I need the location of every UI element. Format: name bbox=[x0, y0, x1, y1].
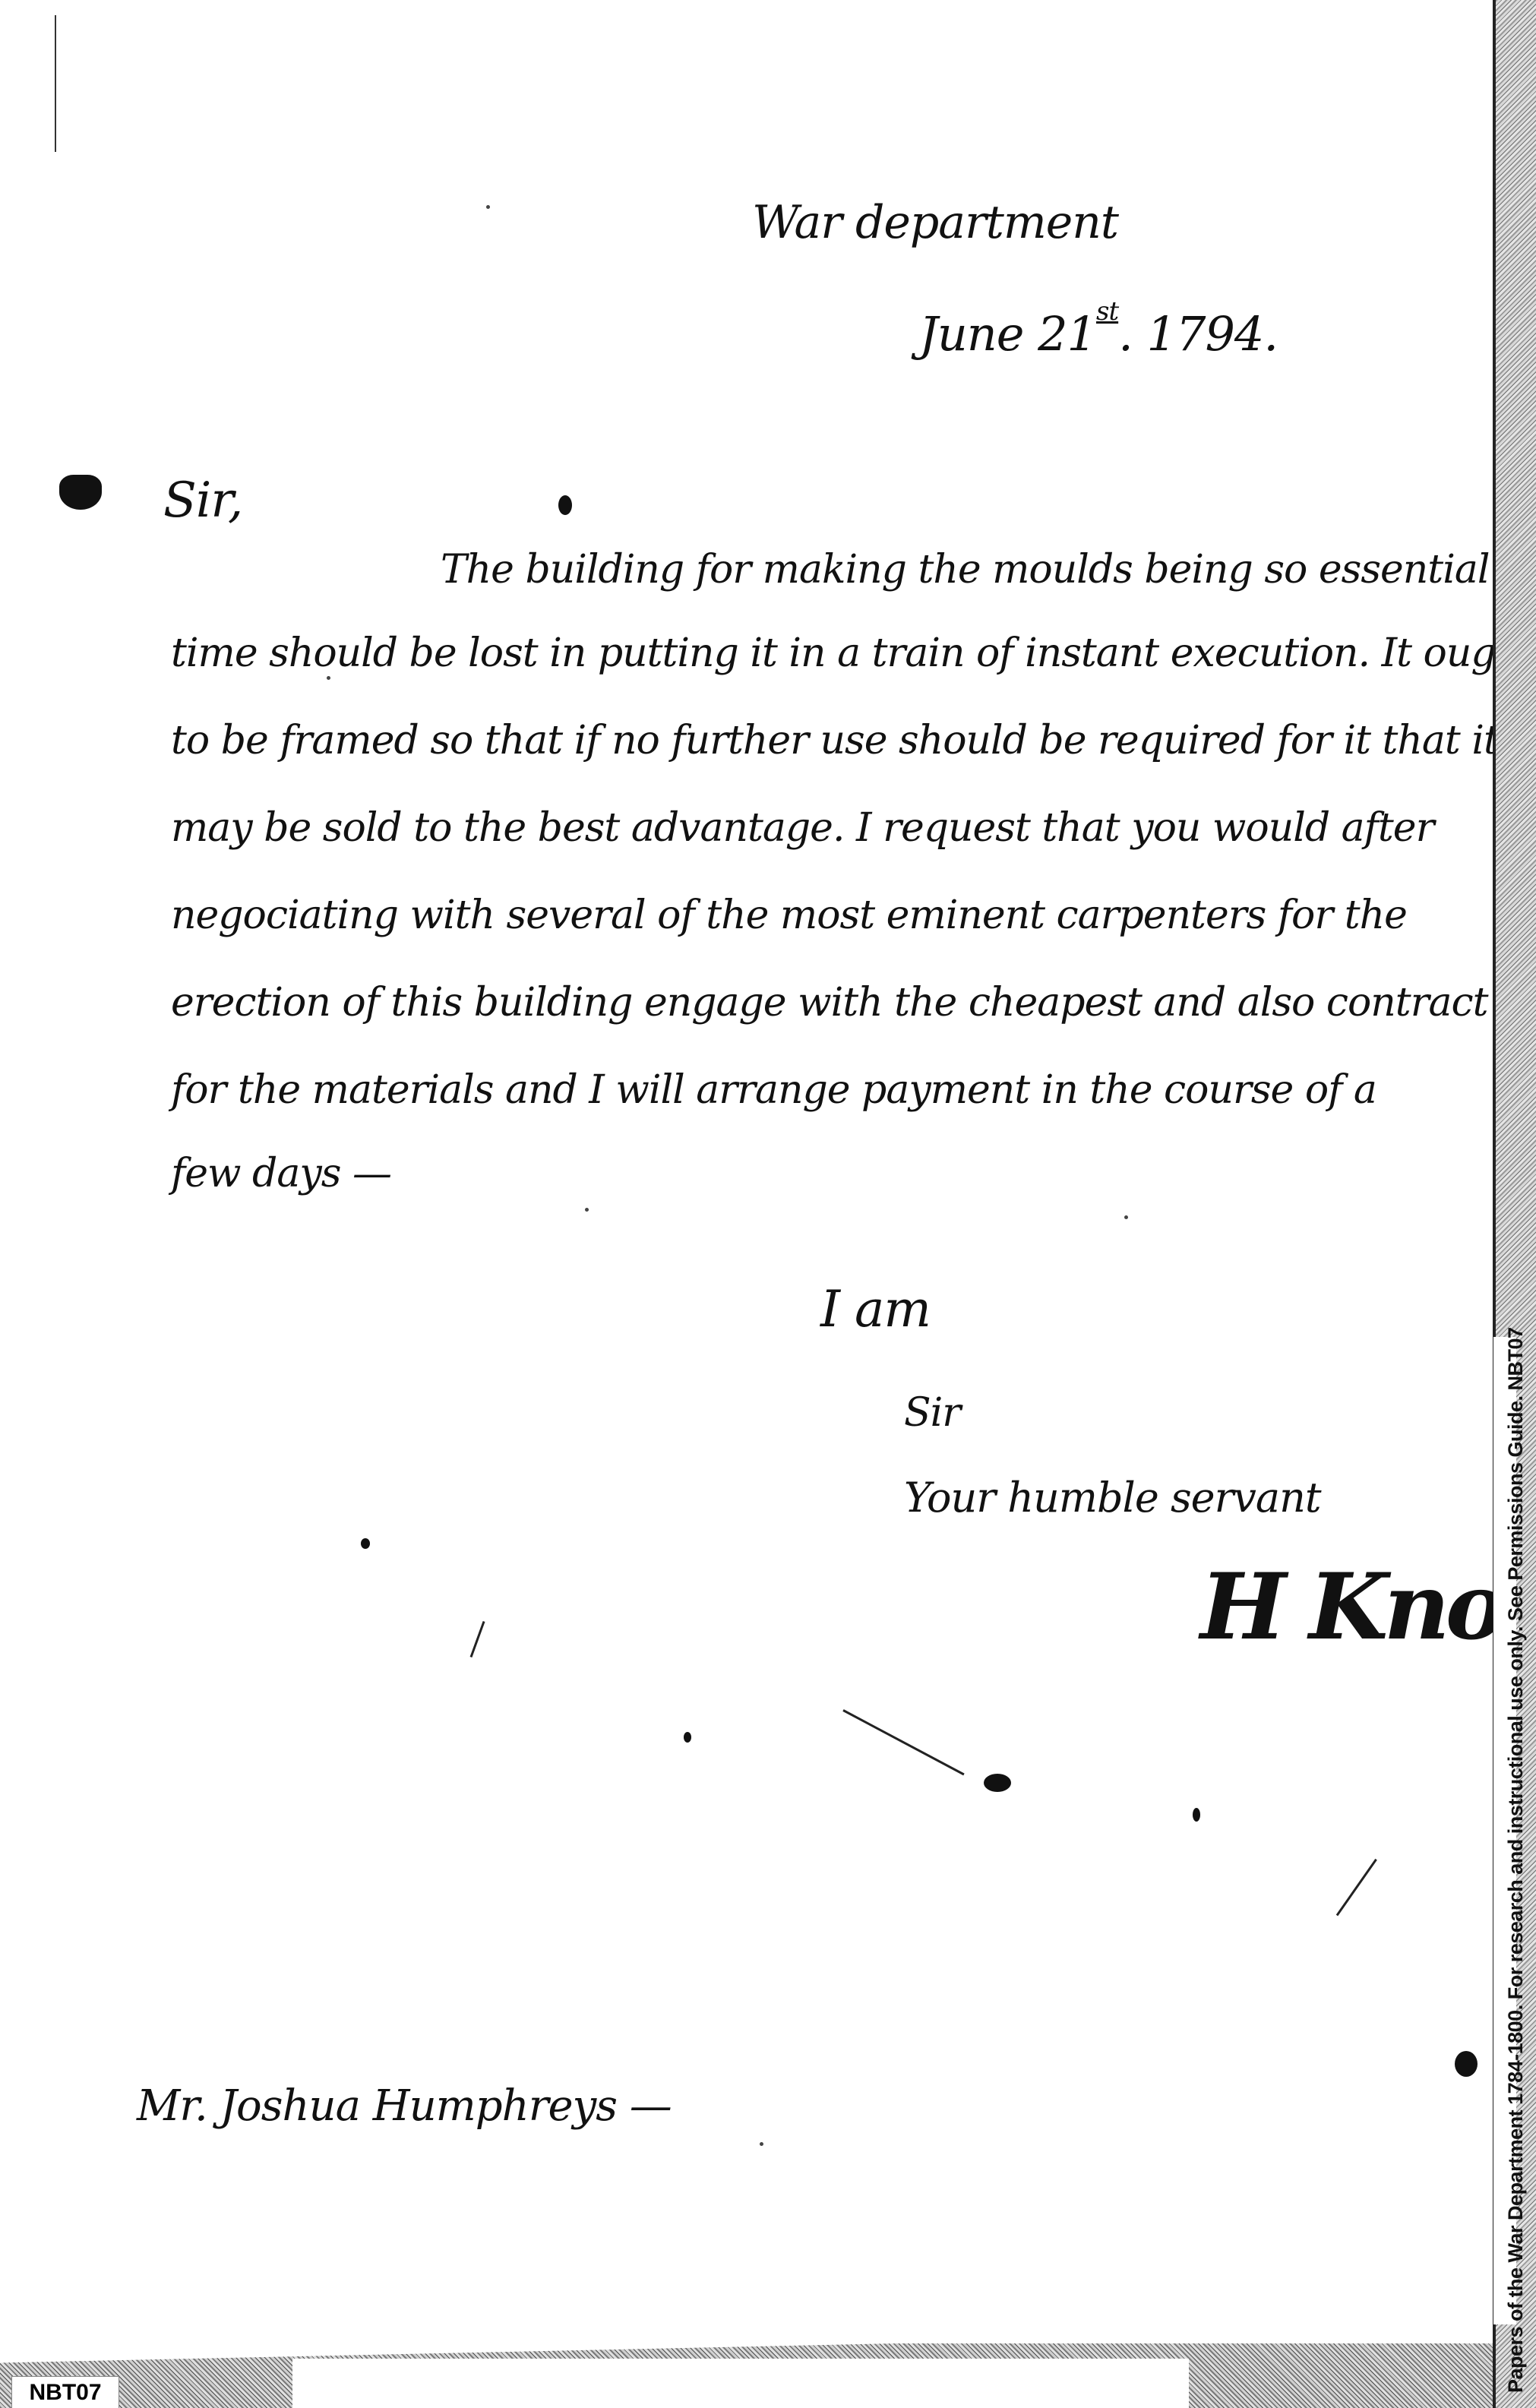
body-line: The building for making the moulds being… bbox=[441, 547, 1536, 593]
heading-date: June 21st. 1794. bbox=[919, 296, 1278, 362]
closing-servant: Your humble servant bbox=[904, 1474, 1321, 1522]
paper-speck bbox=[486, 205, 490, 209]
paper-speck bbox=[585, 1208, 589, 1212]
ink-blot bbox=[684, 1732, 691, 1743]
paper-speck bbox=[327, 676, 330, 680]
addressee: Mr. Joshua Humphreys — bbox=[137, 2081, 672, 2131]
scan-bottom-blank bbox=[292, 2359, 1189, 2408]
ink-blot bbox=[1193, 1808, 1200, 1822]
date-ordinal: st bbox=[1096, 296, 1118, 327]
salutation: Sir, bbox=[163, 472, 242, 529]
body-line: for the materials and I will arrange pay… bbox=[171, 1067, 1376, 1113]
heading-department: War department bbox=[752, 196, 1118, 249]
stray-ink-stroke bbox=[470, 1621, 485, 1657]
date-year: . 1794. bbox=[1118, 306, 1278, 362]
page-edge-mark bbox=[55, 15, 56, 152]
signature: H Knox bbox=[1200, 1553, 1536, 1661]
ink-blot bbox=[558, 495, 572, 515]
stray-ink-stroke bbox=[1336, 1859, 1377, 1916]
paper-speck bbox=[760, 2142, 763, 2146]
body-line: few days — bbox=[171, 1151, 391, 1196]
body-line: may be sold to the best advantage. I req… bbox=[171, 805, 1433, 851]
letter-page: War department June 21st. 1794. Sir, The… bbox=[0, 0, 1493, 2408]
ink-blot bbox=[361, 1538, 370, 1549]
ink-blot bbox=[59, 475, 102, 510]
ink-blot bbox=[984, 1774, 1011, 1792]
body-line: negociating with several of the most emi… bbox=[171, 893, 1407, 938]
paper-speck bbox=[1124, 1215, 1128, 1219]
body-line: to be framed so that if no further use s… bbox=[171, 718, 1519, 763]
closing-sir: Sir bbox=[904, 1390, 960, 1436]
archive-id-label: NBT07 bbox=[11, 2376, 119, 2408]
ink-blot bbox=[1455, 2051, 1478, 2077]
stray-ink-stroke bbox=[842, 1709, 964, 1775]
date-day: June 21 bbox=[919, 306, 1096, 362]
archive-watermark: Papers of the War Department 1784-1800. … bbox=[1500, 1329, 1531, 2393]
closing-i-am: I am bbox=[820, 1280, 931, 1338]
body-line: erection of this building engage with th… bbox=[171, 980, 1488, 1025]
body-line: time should be lost in putting it in a t… bbox=[171, 630, 1535, 676]
